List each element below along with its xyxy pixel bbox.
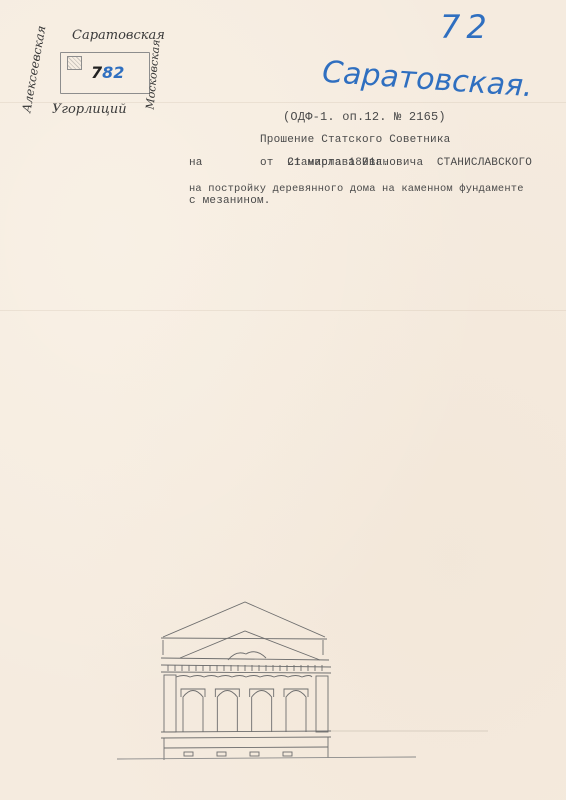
window bbox=[181, 689, 205, 732]
basement-vent bbox=[283, 752, 292, 756]
basement-vent bbox=[184, 752, 193, 756]
window bbox=[284, 689, 308, 732]
window bbox=[250, 689, 274, 732]
document-page: Саратовская 782 Угорлиций Алексеевская М… bbox=[0, 0, 566, 800]
pediment bbox=[180, 631, 320, 660]
facade-drawing bbox=[0, 0, 566, 800]
basement-vent bbox=[217, 752, 226, 756]
window bbox=[215, 689, 239, 732]
basement-vent bbox=[250, 752, 259, 756]
